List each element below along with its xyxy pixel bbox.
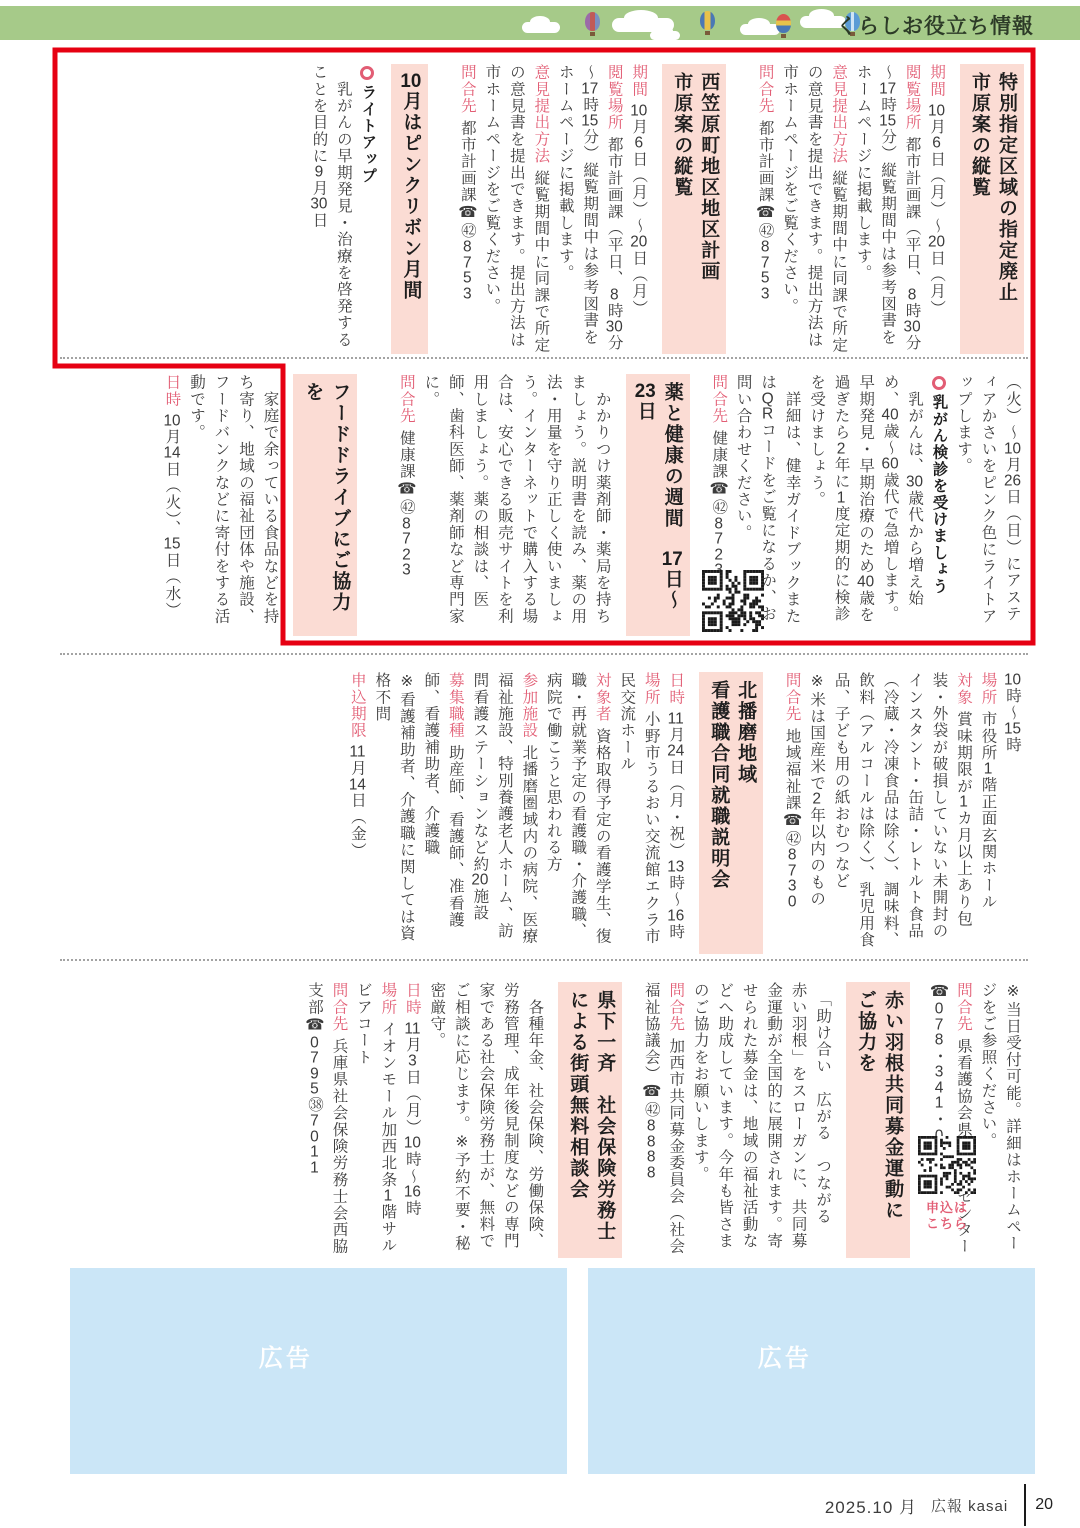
articles-band-3: 10時～15時場所 市役所1階正面玄関ホール対象 賞味期限が1カ月以上あり包装・… [62,672,1024,954]
ad-placeholder: 広告 [70,1268,567,1474]
field-label: 問合先 [330,982,347,1032]
article-paragraph: 対象者 資格取得予定の看護学生、復職・再就業予定の看護職・介護職、病院で働こうと… [540,672,613,954]
bullet-icon [932,376,946,390]
ad-placeholder: 広告 [588,1268,1035,1474]
bullet-icon [360,66,374,80]
article-heading: 10月はピンクリボン月間 [391,64,428,354]
article: 県下一斉 社会保険労務士 による街頭無料相談会 各種年金、社会保険、労働保険、労… [301,982,622,1258]
field-label: 問合先 [710,374,727,424]
article-paragraph: 参加施設 北播磨圏域内の病院、医療福祉施設、特別養護老人ホーム、訪問看護ステーシ… [467,672,540,954]
article: 西笠原町地区地区計画 市原案の縦覧期間 10月6日（月）～20日（月）閲覧場所 … [454,64,726,354]
field-label: 期間 [630,64,647,97]
field-label: 閲覧場所 [904,64,921,131]
footer-publication: 広報 kasai [931,1495,1008,1516]
article: 薬と健康の週間 17日～23日 かかりつけ薬剤師・薬局を持ちましょう。説明書を読… [393,374,689,636]
article-paragraph: 日時 11月24日（月・祝）13時～16時 [663,672,687,954]
page-title: くらしお役立ち情報 [836,10,1034,40]
articles-band-1: 特別指定区域の指定廃止 市原案の縦覧期間 10月6日（月）～20日（月）閲覧場所… [62,64,1024,354]
article-paragraph: 問合先 都市計画課☎㊷8753 [752,64,776,354]
dotted-divider [60,653,1028,655]
field-label: 募集職種 [447,672,464,739]
dotted-divider [60,357,1028,359]
article-paragraph: 場所 市役所1階正面玄関ホール [975,672,999,954]
page-divider [1024,1484,1026,1526]
article-paragraph: 乳がんは、30歳代から増え始め、40歳～60歳代で急増します。早期発見・早期治療… [804,374,926,636]
qr-caption: 申込は こちら [912,1200,982,1231]
articles-band-2: （火）～10月26日（日）にアスティアかさいをピンク色にライトアップします。乳が… [62,374,1024,636]
field-label: 閲覧場所 [606,64,623,131]
field-label: 問合先 [398,374,415,424]
article-paragraph: 意見提出方法 縦覧期間中に同課で所定の意見書を提出できます。提出方法は市ホームペ… [479,64,552,354]
article-paragraph: 場所 イオンモール加西北条1階サルビアコート [350,982,399,1258]
article-paragraph: 問合先 健康課☎㊷8723 [393,374,417,636]
field-label: 日時 [164,374,181,407]
qr-code [918,1136,976,1194]
field-label: 問合先 [667,982,684,1032]
field-label: 参加施設 [520,672,537,739]
article-paragraph: 期間 10月6日（月）～20日（月） [626,64,650,354]
article-paragraph: 問合先 都市計画課☎㊷8753 [454,64,478,354]
field-label: 場所 [643,672,660,705]
article-paragraph: 家庭で余っている食品などを持ち寄り、地域の福祉団体や施設、フードバンクなどに寄付… [184,374,282,636]
article-heading: 特別指定区域の指定廃止 市原案の縦覧 [960,64,1024,354]
article-paragraph: 日時 10月14日（火）、15日（水） [159,374,183,636]
article: フードドライブにご協力を 家庭で余っている食品などを持ち寄り、地域の福祉団体や施… [159,374,357,636]
article: 特別指定区域の指定廃止 市原案の縦覧期間 10月6日（月）～20日（月）閲覧場所… [752,64,1024,354]
field-label: 日時 [667,672,684,705]
dotted-divider [60,959,1028,961]
article-paragraph: 「助け合い 広がる つながる 赤い羽根」をスローガンに、共同募金運動が全国的に展… [687,982,834,1258]
qr-code [702,570,764,632]
article-subheading: ライトアップ [355,64,379,354]
articles-band-4: ※当日受付可能。詳細はホームページをご参照ください。問合先 県看護協会県ナースセ… [62,982,1024,1258]
article-paragraph: 対象 賞味期限が1カ月以上あり包装・外袋が破損していない未開封のインスタント・缶… [828,672,975,954]
article-heading: 県下一斉 社会保険労務士 による街頭無料相談会 [558,982,622,1258]
field-label: 問合先 [757,64,774,114]
ad-label: 広告 [758,1338,812,1373]
article-paragraph: 各種年金、社会保険、労働保険、労務管理、成年後見制度などの専門家である社会保険労… [424,982,546,1258]
article-paragraph: 募集職種 助産師、看護師、准看護師、看護補助者、介護職 [418,672,467,954]
article-paragraph: 申込期限 11月14日（金） [344,672,368,954]
article: 10月はピンクリボン月間ライトアップ 乳がんの早期発見・治療を啓発することを目的… [306,64,428,354]
footer: 2025.10 月 広報 kasai 20 [825,1484,1053,1526]
article: 北播磨地域 看護職合同就職説明会日時 11月24日（月・祝）13時～16時場所 … [344,672,763,954]
article-paragraph: 閲覧場所 都市計画課（平日、8時30分～17時15分）縦覧期間中は参考図書をホー… [850,64,923,354]
article-heading: 北播磨地域 看護職合同就職説明会 [699,672,763,954]
article-paragraph: ※当日受付可能。詳細はホームページをご参照ください。 [975,982,1024,1258]
footer-date: 2025.10 月 [825,1493,917,1518]
field-label: 対象 [955,672,972,705]
article-paragraph: 乳がんの早期発見・治療を啓発することを目的に9月30日 [306,64,355,354]
article-paragraph: 10時～15時 [1000,672,1024,954]
field-label: 問合先 [784,672,801,722]
field-label: 問合先 [459,64,476,114]
article-paragraph: 期間 10月6日（月）～20日（月） [924,64,948,354]
article-paragraph: 日時 11月3日（月）10時～16時 [399,982,423,1258]
article-paragraph: 問合先 地域福祉課☎㊷8730 [779,672,803,954]
article-subheading: 乳がん検診を受けましょう [926,374,950,636]
article-paragraph: 場所 小野市うるおい交流館エクラ市民交流ホール [614,672,663,954]
field-label: 期間 [928,64,945,97]
article-heading: 西笠原町地区地区計画 市原案の縦覧 [662,64,726,354]
field-label: 対象者 [594,672,611,722]
article-paragraph: 問合先 加西市共同募金委員会（社会福祉協議会）☎㊷8888 [638,982,687,1258]
article-paragraph: 意見提出方法 縦覧期間中に同課で所定の意見書を提出できます。提出方法は市ホームペ… [777,64,850,354]
balloon-icon [585,12,600,31]
field-label: 意見提出方法 [830,64,847,164]
article-paragraph: ※米は国産米で2年以内のもの [804,672,828,954]
balloon-icon [776,14,791,33]
article-paragraph: ※看護補助者、介護職に関しては資格不問 [369,672,418,954]
cloud-icon [522,22,560,33]
ad-label: 広告 [259,1338,313,1373]
cloud-icon [740,24,780,35]
field-label: 場所 [980,672,997,705]
header-bar: くらしお役立ち情報 [0,6,1080,40]
article-heading: 薬と健康の週間 17日～23日 [626,374,690,636]
article-heading: フードドライブにご協力を [293,374,357,636]
page-number: 20 [1035,1496,1053,1514]
cloud-icon [650,31,680,40]
field-label: 意見提出方法 [532,64,549,164]
article-paragraph: かかりつけ薬剤師・薬局を持ちましょう。説明書を読み、薬の用法・用量を守り正しく使… [418,374,614,636]
field-label: 申込期限 [349,672,366,739]
field-label: 問合先 [955,982,972,1032]
field-label: 日時 [404,982,421,1015]
article-paragraph: 問合先 兵庫県社会保険労務士会西脇支部☎0795㊳7011 [301,982,350,1258]
article: 10時～15時場所 市役所1階正面玄関ホール対象 賞味期限が1カ月以上あり包装・… [779,672,1024,954]
field-label: 場所 [379,982,396,1015]
balloon-icon [700,11,715,30]
article-paragraph: 閲覧場所 都市計画課（平日、8時30分～17時15分）縦覧期間中は参考図書をホー… [552,64,625,354]
article-heading: 赤い羽根共同募金運動に ご協力を [846,982,910,1258]
article: 赤い羽根共同募金運動に ご協力を 「助け合い 広がる つながる 赤い羽根」をスロ… [638,982,910,1258]
article-paragraph: （火）～10月26日（日）にアスティアかさいをピンク色にライトアップします。 [951,374,1024,636]
